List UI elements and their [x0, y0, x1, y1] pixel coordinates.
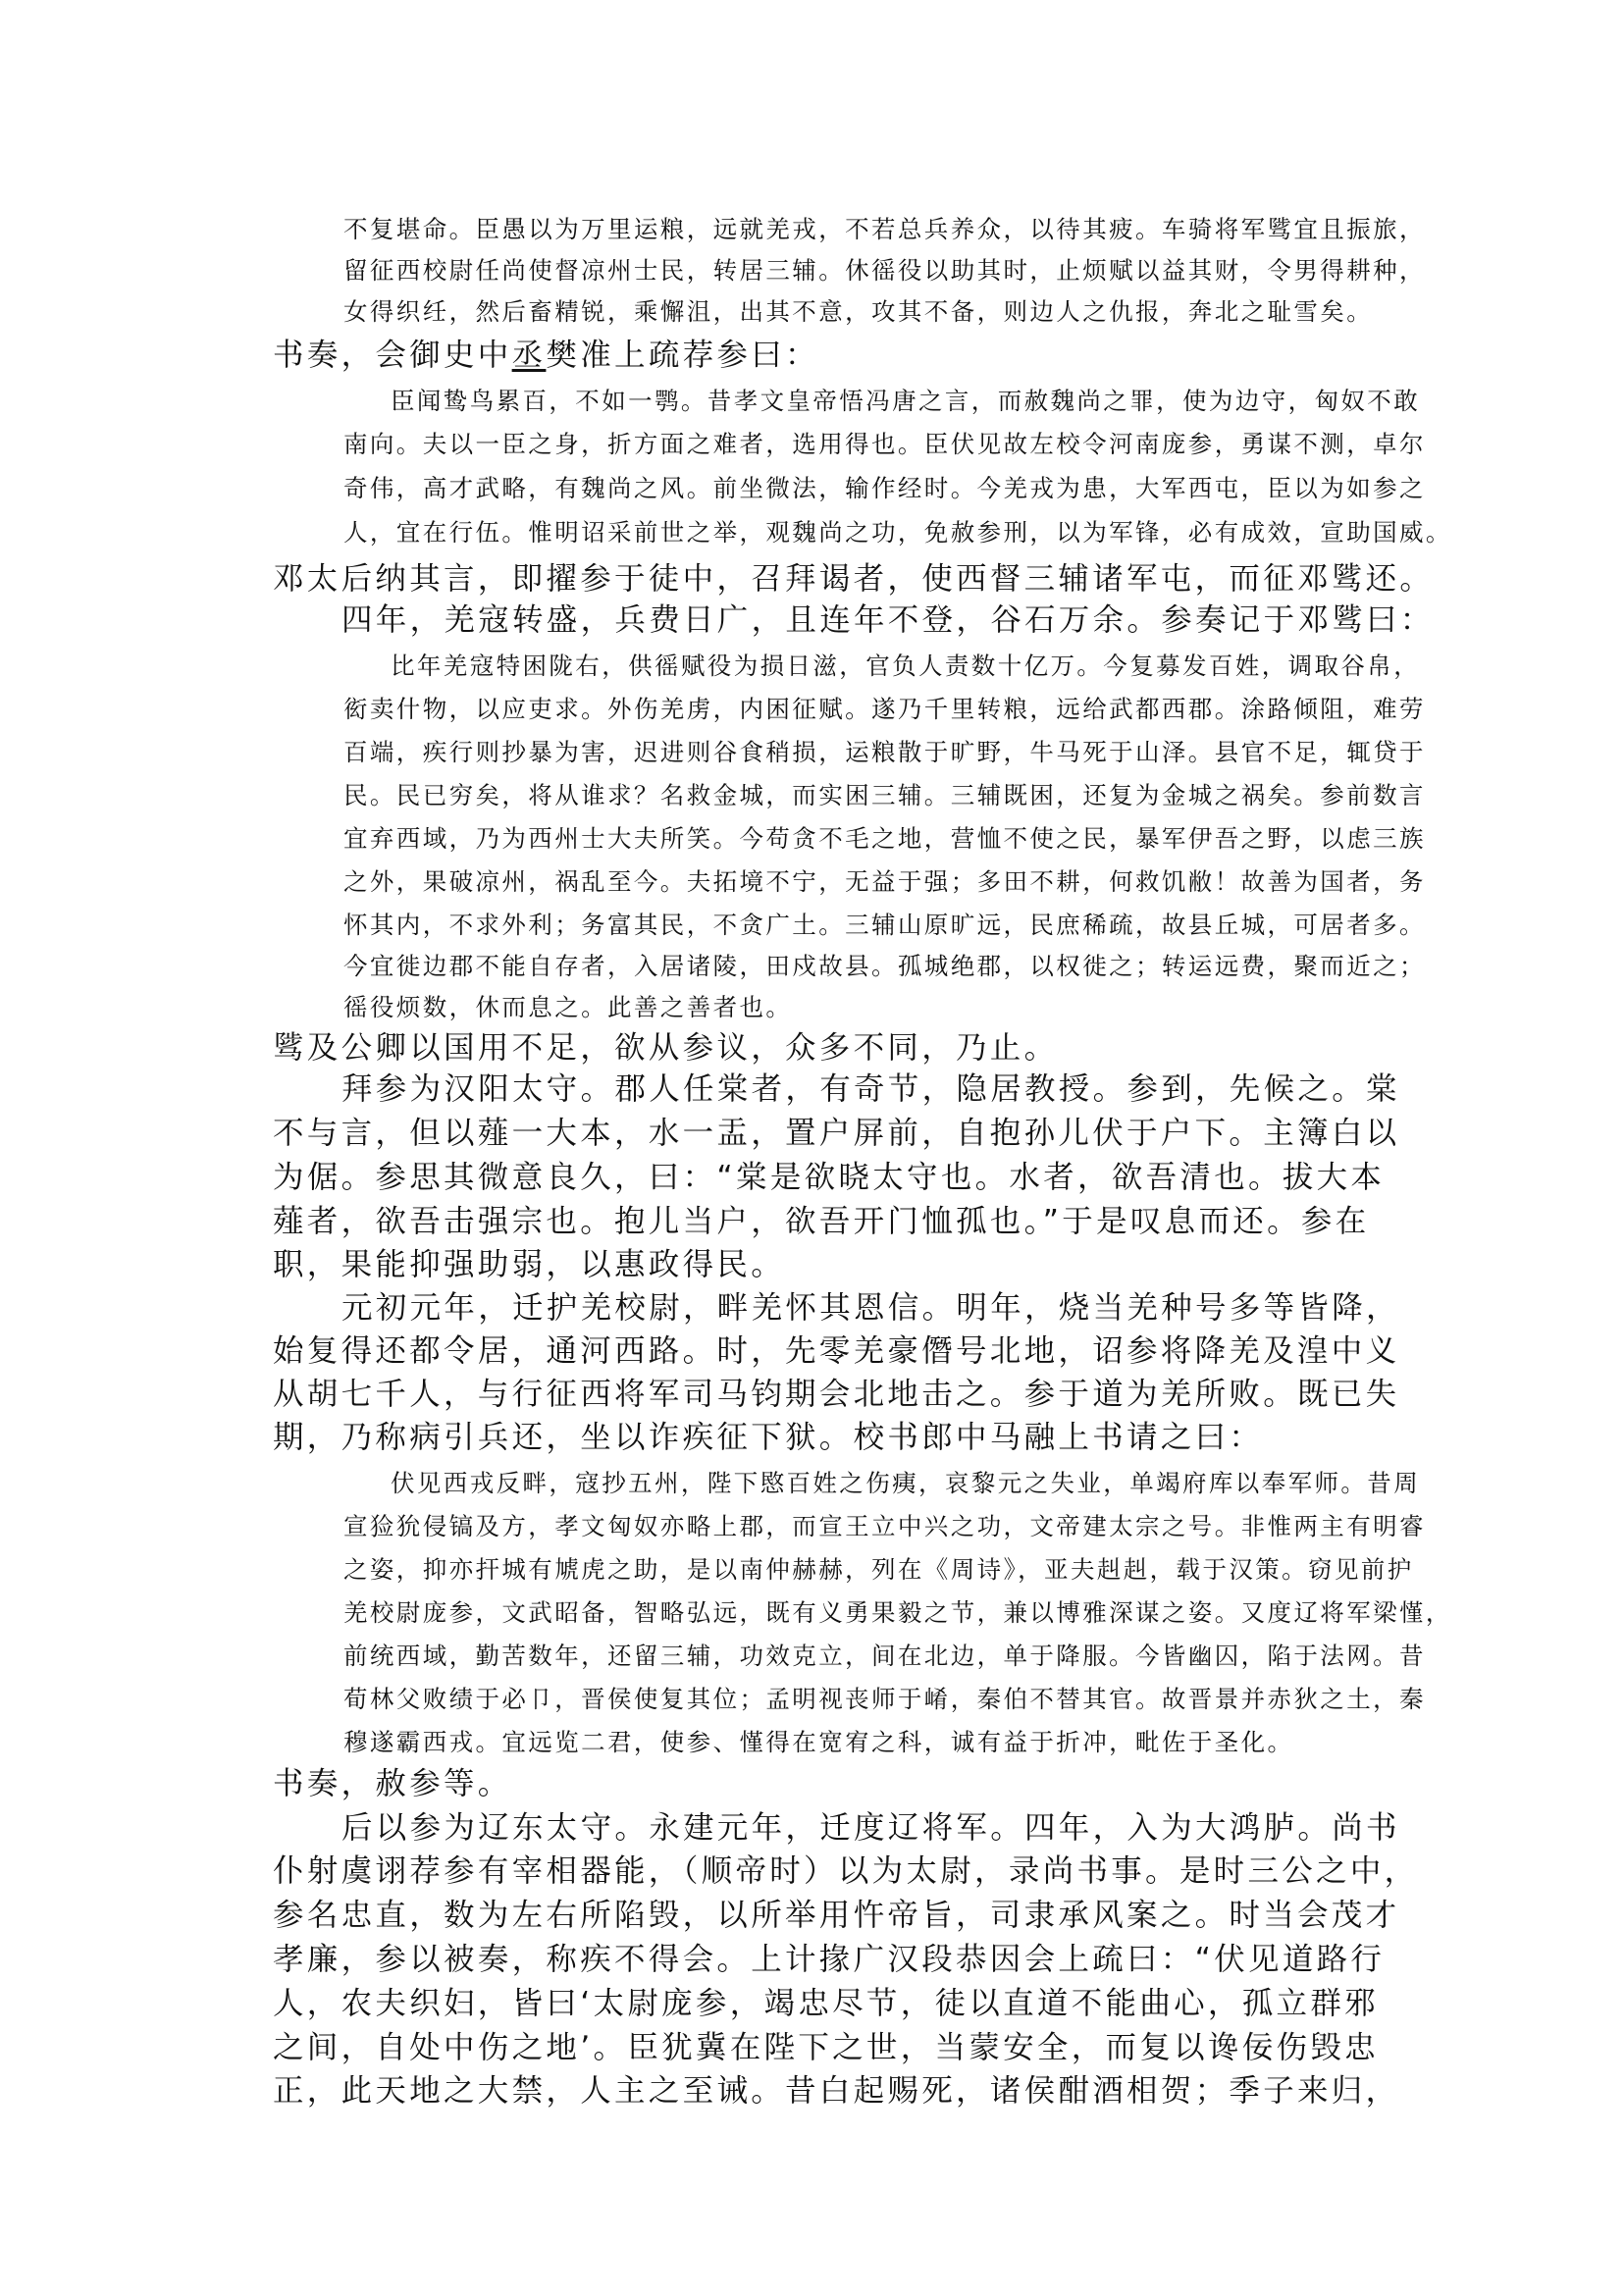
quote-line: 之姿，抑亦扞城有虓虎之助，是以南仲赫赫，列在《周诗》，亚夫赳赳，载于汉策。窃见前… [343, 1551, 1414, 1586]
narrative-line: 仆射虞诩荐参有宰相器能，（顺帝时）以为太尉，录尚书事。是时三公之中， [273, 1847, 1418, 1891]
underlined-character: 丞 [512, 338, 547, 373]
narrative-line: 邓太后纳其言，即擢参于徒中，召拜谒者，使西督三辅诸军屯，而征邓骘还。 [273, 554, 1434, 599]
narrative-line: 不与言，但以薤一大本，水一盂，置户屏前，自抱孙儿伏于户下。主簿白以 [273, 1109, 1399, 1153]
narrative-line: 后以参为辽东太守。永建元年，迁度辽将军。四年，入为大鸿胪。尚书 [341, 1803, 1400, 1848]
quote-line: 伏见西戎反畔，寇抄五州，陛下愍百姓之伤痍，哀黎元之失业，单竭府库以奉军师。昔周 [391, 1465, 1420, 1499]
narrative-line: 孝廉，参以被奏，称疾不得会。上计掾广汉段恭因会上疏曰：“伏见道路行 [273, 1935, 1385, 1979]
text-segment: 樊准上疏荐参曰： [546, 338, 818, 373]
quote-line: 奇伟，高才武略，有魏尚之风。前坐微法，输作经时。今羌戎为患，大军西屯，臣以为如参… [343, 470, 1426, 504]
quote-line: 怀其内，不求外利；务富其民，不贪广土。三辅山原旷远，民庶稀疏，故县丘城，可居者多… [343, 907, 1426, 941]
narrative-line: 骘及公卿以国用不足，欲从参议，众多不同，乃止。 [273, 1023, 1058, 1068]
quote-line: 女得织纴，然后畜精锐，乘懈沮，出其不意，攻其不备，则边人之仇报，奔北之耻雪矣。 [343, 293, 1373, 328]
quote-line: 之外，果破凉州，祸乱至今。夫拓境不宁，无益于强；多田不耕，何救饥敝！故善为国者，… [343, 863, 1426, 898]
quote-line: 穆遂霸西戎。宜远览二君，使参、慬得在宽宥之科，诚有益于折冲，毗佐于圣化。 [343, 1724, 1293, 1758]
narrative-line: 之间，自处中伤之地’。臣犹冀在陛下之世，当蒙安全，而复以谗佞伤毁忠 [273, 2023, 1379, 2067]
quote-line: 宜弃西域，乃为西州士大夫所笑。今苟贪不毛之地，营恤不使之民，暴军伊吾之野，以虑三… [343, 820, 1426, 855]
narrative-line: 四年，羌寇转盛，兵费日广，且连年不登，谷石万余。参奏记于邓骘曰： [341, 596, 1435, 640]
narrative-line: 书奏，会御史中丞樊准上疏荐参曰： [273, 331, 819, 375]
quote-line: 羌校尉庞参，文武昭备，智略弘远，既有义勇果毅之节，兼以博雅深谋之姿。又度辽将军梁… [343, 1594, 1452, 1629]
quote-line: 荀林父败绩于必卩，晋侯使复其位；孟明视丧师于崤，秦伯不替其官。故晋景并赤狄之土，… [343, 1681, 1426, 1715]
quote-line: 人，宜在行伍。惟明诏采前世之举，观魏尚之功，免赦参刑，以为军锋，必有成效，宣助国… [343, 514, 1452, 548]
narrative-line: 正，此天地之大禁，人主之至诫。昔白起赐死，诸侯酣酒相贺；季子来归， [273, 2066, 1399, 2111]
narrative-line: 始复得还都令居，通河西路。时，先零羌豪僭号北地，诏参将降羌及湟中义 [273, 1327, 1399, 1371]
quote-line: 今宜徙边郡不能自存者，入居诸陵，田戍故县。孤城绝郡，以权徙之；转运远费，聚而近之… [343, 948, 1426, 982]
narrative-line: 薤者，欲吾击强宗也。抱儿当户，欲吾开门恤孤也。”于是叹息而还。参在 [273, 1197, 1369, 1241]
quote-line: 不复堪命。臣愚以为万里运粮，远就羌戎，不若总兵养众，以待其疲。车骑将军骘宜且振旅… [343, 211, 1426, 245]
quote-line: 衒卖什物，以应吏求。外伤羌虏，内困征赋。遂乃千里转粮，远给武都西郡。涂路倾阻，难… [343, 691, 1426, 725]
narrative-line: 人，农夫织妇，皆曰‘太尉庞参，竭忠尽节，徒以直道不能曲心，孤立群邪 [273, 1979, 1379, 2023]
quote-line: 比年羌寇特困陇右，供徭赋役为损日滋，官负人责数十亿万。今复募发百姓，调取谷帛， [391, 648, 1420, 682]
narrative-line: 从胡七千人，与行征西将军司马钧期会北地击之。参于道为羌所败。既已失 [273, 1370, 1399, 1414]
quote-line: 臣闻鸷鸟累百，不如一鹗。昔孝文皇帝悟冯唐之言，而赦魏尚之罪，使为边守，匈奴不敢 [391, 383, 1420, 417]
narrative-line: 职，果能抑强助弱，以惠政得民。 [273, 1240, 785, 1284]
text-segment: 书奏，会御史中 [273, 338, 512, 373]
quote-line: 百端，疾行则抄暴为害，迟进则谷食稍损，运粮散于旷野，牛马死于山泽。县官不足，辄贷… [343, 734, 1426, 768]
narrative-line: 为倨。参思其微意良久，曰：“棠是欲晓太守也。水者，欲吾清也。拔大本 [273, 1153, 1385, 1197]
quote-line: 宣猃狁侵镐及方，孝文匈奴亦略上郡，而宣王立中兴之功，文帝建太宗之号。非惟两主有明… [343, 1508, 1426, 1542]
narrative-line: 书奏，赦参等。 [273, 1759, 512, 1803]
quote-line: 民。民已穷矣，将从谁求？名救金城，而实困三辅。三辅既困，还复为金城之祸矣。参前数… [343, 777, 1426, 811]
quote-line: 前统西域，勤苦数年，还留三辅，功效克立，间在北边，单于降服。今皆幽囚，陷于法网。… [343, 1638, 1426, 1672]
narrative-line: 拜参为汉阳太守。郡人任棠者，有奇节，隐居教授。参到，先候之。棠 [341, 1065, 1400, 1109]
narrative-line: 参名忠直，数为左右所陷毁，以所举用忤帝旨，司隶承风案之。时当会茂才 [273, 1891, 1399, 1935]
quote-line: 留征西校尉任尚使督凉州士民，转居三辅。休徭役以助其时，止烦赋以益其财，令男得耕种… [343, 252, 1426, 287]
narrative-line: 元初元年，迁护羌校尉，畔羌怀其恩信。明年，烧当羌种号多等皆降， [341, 1283, 1400, 1328]
quote-line: 南向。夫以一臣之身，折方面之难者，选用得也。臣伏见故左校令河南庞参，勇谋不测，卓… [343, 426, 1426, 460]
quote-line: 徭役烦数，休而息之。此善之善者也。 [343, 989, 792, 1023]
narrative-line: 期，乃称病引兵还，坐以诈疾征下狱。校书郎中马融上书请之曰： [273, 1413, 1263, 1457]
